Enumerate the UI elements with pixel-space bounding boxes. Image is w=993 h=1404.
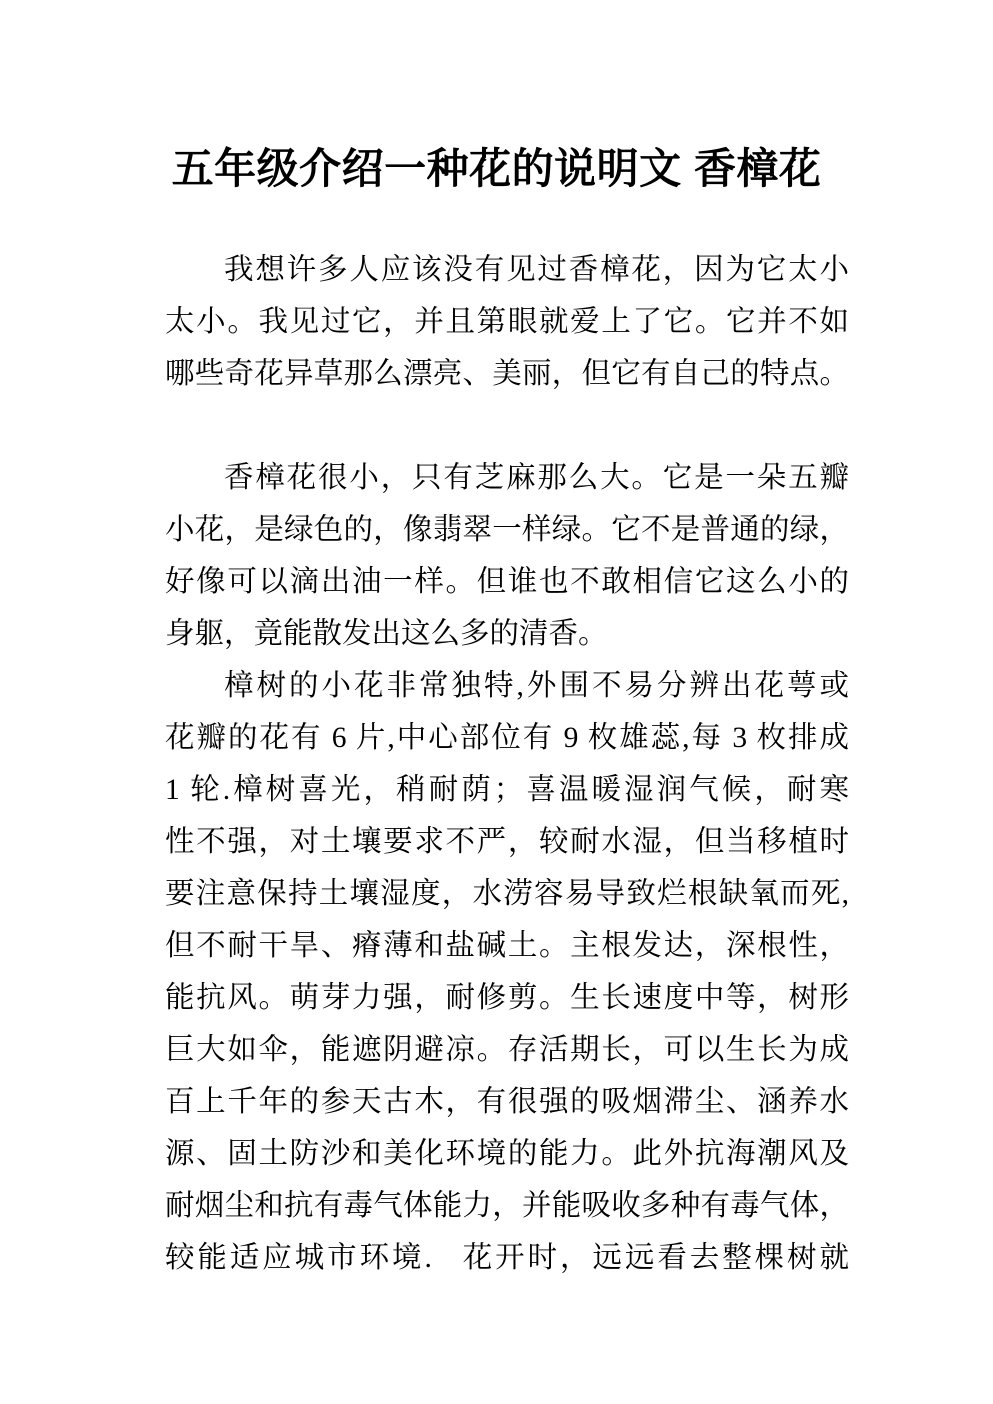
text-line: 身躯，竟能散发出这么多的清香。 <box>165 608 849 660</box>
text-line: 百上千年的参天古木，有很强的吸烟滞尘、涵养水 <box>165 1076 849 1128</box>
text-line: 我想许多人应该没有见过香樟花，因为它太小 <box>165 244 849 296</box>
text-line: 太小。我见过它，并且第眼就爱上了它。它并不如 <box>165 296 849 348</box>
text-line: 源、固土防沙和美化环境的能力。此外抗海潮风及 <box>165 1128 849 1180</box>
text-line: 小花，是绿色的，像翡翠一样绿。它不是普通的绿， <box>165 504 849 556</box>
text-line: 较能适应城市环境. 花开时，远远看去整棵树就 <box>165 1232 849 1284</box>
text-line: 要注意保持土壤湿度，水涝容易导致烂根缺氧而死, <box>165 868 849 920</box>
document-page: 五年级介绍一种花的说明文 香樟花 我想许多人应该没有见过香樟花，因为它太小太小。… <box>0 0 993 1404</box>
text-line: 哪些奇花异草那么漂亮、美丽，但它有自己的特点。 <box>165 348 849 400</box>
text-line: 性不强，对土壤要求不严，较耐水湿，但当移植时 <box>165 816 849 868</box>
paragraph: 我想许多人应该没有见过香樟花，因为它太小太小。我见过它，并且第眼就爱上了它。它并… <box>165 244 849 400</box>
document-body: 我想许多人应该没有见过香樟花，因为它太小太小。我见过它，并且第眼就爱上了它。它并… <box>165 244 849 1284</box>
text-line: 耐烟尘和抗有毒气体能力，并能吸收多种有毒气体， <box>165 1180 849 1232</box>
text-line: 香樟花很小，只有芝麻那么大。它是一朵五瓣 <box>165 452 849 504</box>
text-line: 樟树的小花非常独特,外围不易分辨出花萼或 <box>165 660 849 712</box>
paragraph: 香樟花很小，只有芝麻那么大。它是一朵五瓣小花，是绿色的，像翡翠一样绿。它不是普通… <box>165 452 849 660</box>
text-line: 能抗风。萌芽力强，耐修剪。生长速度中等，树形 <box>165 972 849 1024</box>
text-line: 1 轮.樟树喜光，稍耐荫；喜温暖湿润气候，耐寒 <box>165 764 849 816</box>
text-line: 但不耐干旱、瘠薄和盐碱土。主根发达，深根性， <box>165 920 849 972</box>
text-line: 巨大如伞，能遮阴避凉。存活期长，可以生长为成 <box>165 1024 849 1076</box>
text-line: 花瓣的花有 6 片,中心部位有 9 枚雄蕊,每 3 枚排成 <box>165 712 849 764</box>
text-line: 好像可以滴出油一样。但谁也不敢相信它这么小的 <box>165 556 849 608</box>
document-title: 五年级介绍一种花的说明文 香樟花 <box>0 138 993 200</box>
paragraph: 樟树的小花非常独特,外围不易分辨出花萼或花瓣的花有 6 片,中心部位有 9 枚雄… <box>165 660 849 1284</box>
